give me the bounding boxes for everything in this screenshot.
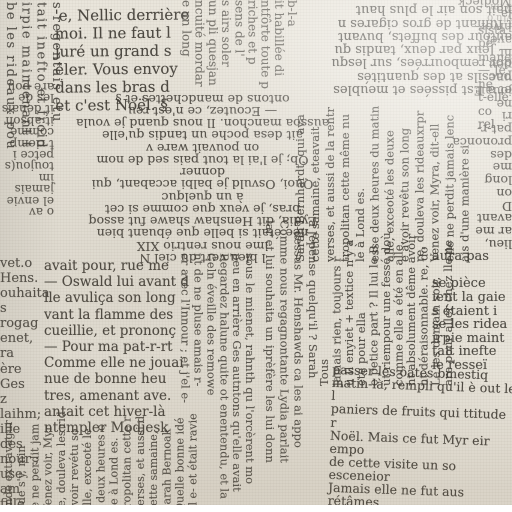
newsprint-fabric: s regentais etu tait inefto et froid irp… — [0, 0, 512, 505]
newsprint-block-noel-article: passer les ôates bmestiq matin-là, rempl… — [328, 363, 512, 505]
newsprint-block-henshaw-columns: à Jépense quelqu'il ? Sarah è-dessus Mr.… — [258, 220, 320, 505]
newsprint-block-bottomleft-columns: ande extravagur t de s'y, min le ne perd… — [2, 390, 198, 505]
fabric-swatch-photo: s regentais etu tait inefto et froid irp… — [0, 0, 512, 512]
newsprint-block-rightmid-upsidedown: lieu, ar me avant D on long me des prono… — [470, 88, 512, 250]
newsprint-collage: s regentais etu tait inefto et froid irp… — [0, 0, 512, 505]
white-margin-strip — [0, 505, 512, 512]
newsprint-block-leftband-upsidedown: o av el envie jamais im toujou(s petce i… — [0, 95, 54, 217]
newsprint-block-piece-article: aura pas se pièce ient la gaie s étaient… — [432, 250, 512, 380]
